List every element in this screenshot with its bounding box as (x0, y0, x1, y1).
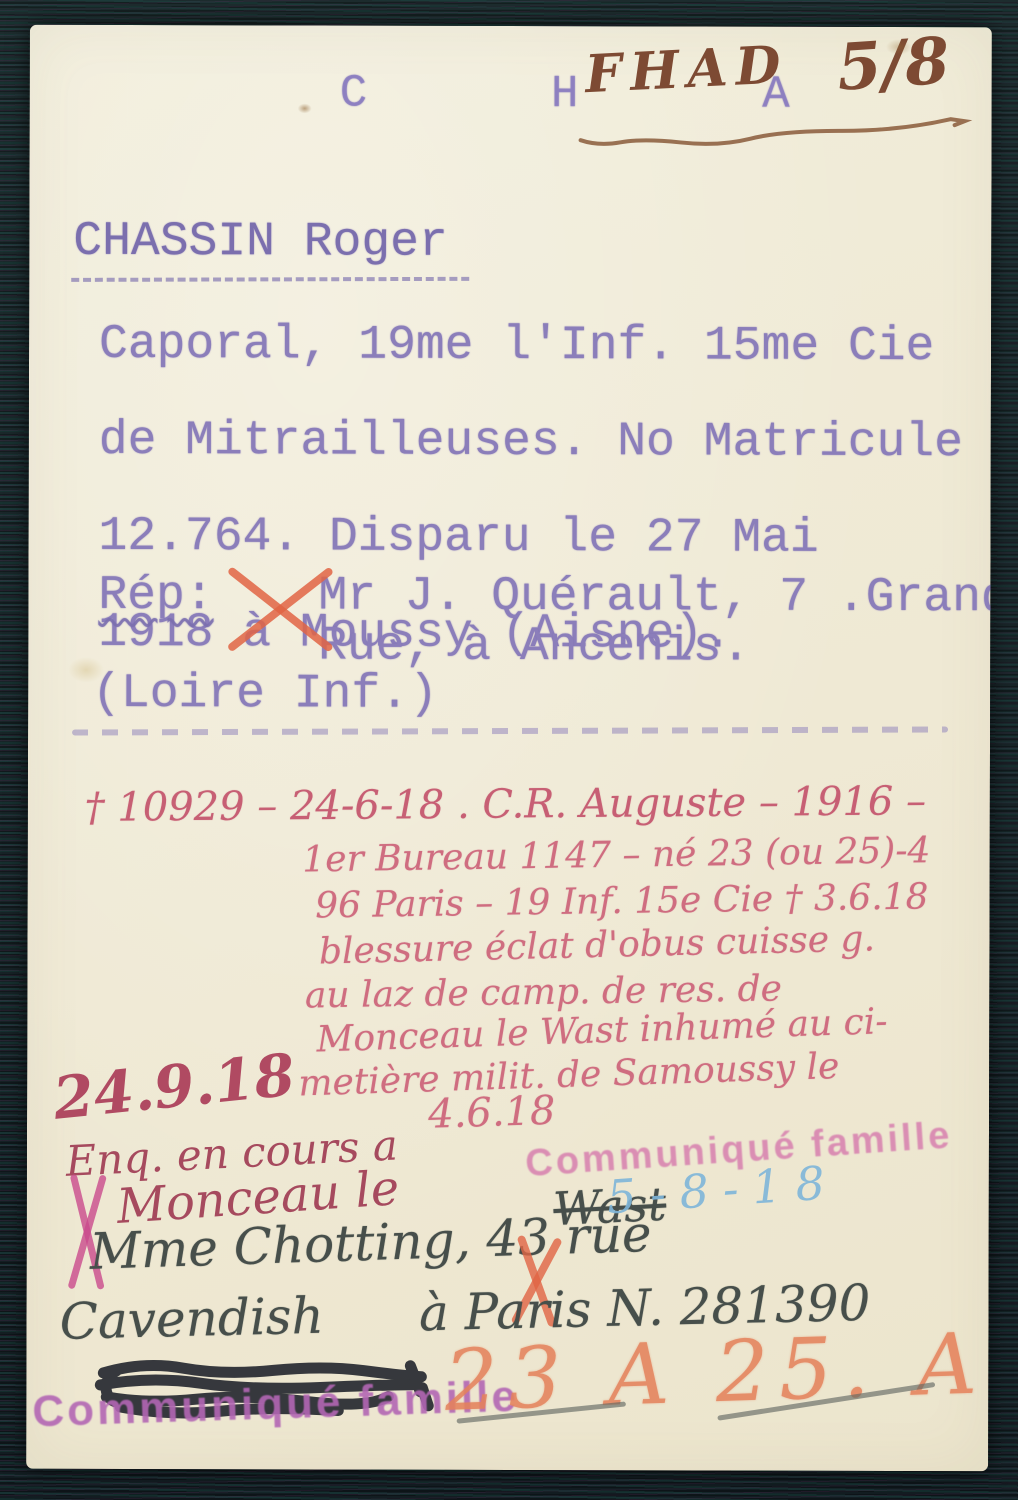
handwritten-ref-code: FHAD (584, 34, 790, 105)
typed-record-line: 12.764. Disparu le 27 Mai (98, 510, 818, 566)
stain-mark (298, 103, 312, 113)
dashed-separator (72, 726, 948, 735)
typed-record-line: de Mitrailleuses. No Matricule (99, 414, 963, 470)
handwritten-date: 24.9.18 (50, 1040, 298, 1132)
index-card: C H A FHAD 5/8 CHASSIN Roger Caporal, 19… (26, 25, 992, 1472)
handwritten-ref-number: 5/8 (835, 25, 952, 106)
red-note-line: blessure éclat d'obus cuisse g. (318, 918, 875, 972)
red-note-line: † 10929 – 24-6-18 . C.R. Auguste – 1916 … (84, 778, 926, 831)
stain-mark (886, 39, 912, 55)
ink-underline (575, 110, 975, 151)
red-note-line: 1er Bureau 1147 – né 23 (ou 25)-4 (302, 830, 931, 880)
typed-record-line: Caporal, 19me l'Inf. 15me Cie (99, 318, 934, 374)
reply-address-line: (Loire Inf.) (92, 667, 438, 722)
red-crossout-mark (225, 559, 335, 659)
reply-label: Rép: (98, 569, 213, 623)
reply-address-line: Rue, à Ancenis. (318, 620, 750, 675)
reply-address-line: Mr J. Quérault, 7 .Grande (318, 570, 992, 626)
typed-underline (71, 277, 469, 282)
person-name: CHASSIN Roger (73, 215, 448, 270)
red-note-line: 4.6.18 (427, 1088, 556, 1138)
photo-background: C H A FHAD 5/8 CHASSIN Roger Caporal, 19… (0, 0, 1018, 1500)
